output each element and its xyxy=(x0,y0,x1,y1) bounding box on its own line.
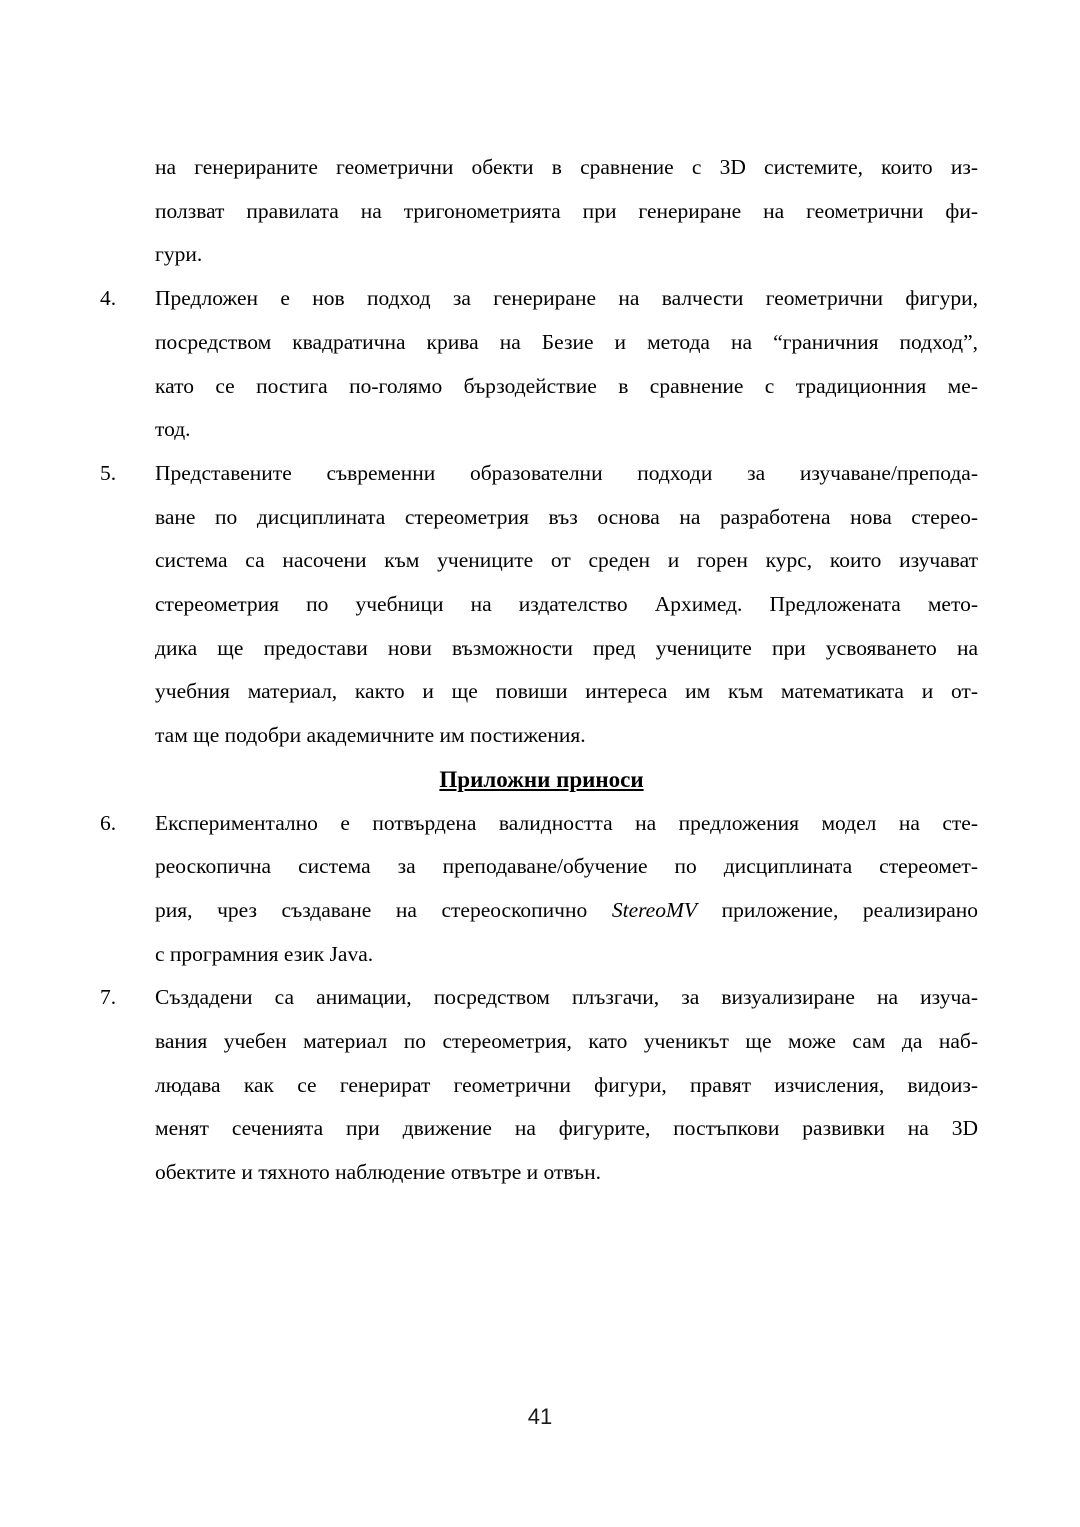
text-line: менят сеченията при движение на фигурите… xyxy=(155,1107,978,1151)
text-line: тод. xyxy=(155,408,978,452)
text-line: реоскопична система за преподаване/обуче… xyxy=(155,845,978,889)
text-line: гури. xyxy=(155,233,978,277)
text-line: Представените съвременни образователни п… xyxy=(155,452,978,496)
page-content: на генерираните геометрични обекти в сра… xyxy=(155,146,978,1195)
text-line: дика ще предостави нови възможности пред… xyxy=(155,627,978,671)
text-line: рия, чрез създаване на стереоскопично St… xyxy=(155,889,978,933)
document-page: на генерираните геометрични обекти в сра… xyxy=(0,0,1080,1527)
text-line: Създадени са анимации, посредством плъзг… xyxy=(155,976,978,1020)
numbered-item-4: 4.Предложен е нов подход за генериране н… xyxy=(155,277,978,452)
text-line: обектите и тяхното наблюдение отвътре и … xyxy=(155,1151,978,1195)
text-line: ползват правилата на тригонометрията при… xyxy=(155,190,978,234)
text-line: людава как се генерират геометрични фигу… xyxy=(155,1064,978,1108)
item-number: 6. xyxy=(100,802,116,846)
item-number: 4. xyxy=(100,277,116,321)
text-line: там ще подобри академичните им постижени… xyxy=(155,714,978,758)
text-line: ване по дисциплината стереометрия въз ос… xyxy=(155,496,978,540)
text-line: система са насочени към учениците от сре… xyxy=(155,539,978,583)
section-heading: Приложни приноси xyxy=(105,758,978,802)
page-number: 41 xyxy=(0,1404,1080,1430)
continuation-paragraph: на генерираните геометрични обекти в сра… xyxy=(155,146,978,277)
text-line: на генерираните геометрични обекти в сра… xyxy=(155,146,978,190)
numbered-item-7: 7.Създадени са анимации, посредством плъ… xyxy=(155,976,978,1195)
item-number: 7. xyxy=(100,976,116,1020)
text-line: Предложен е нов подход за генериране на … xyxy=(155,277,978,321)
text-line: стереометрия по учебници на издателство … xyxy=(155,583,978,627)
numbered-item-6: 6.Експериментално е потвърдена валидност… xyxy=(155,802,978,977)
text-line: учебния материал, както и ще повиши инте… xyxy=(155,670,978,714)
text-line: Експериментално е потвърдена валидността… xyxy=(155,802,978,846)
text-line: посредством квадратична крива на Безие и… xyxy=(155,321,978,365)
text-line: вания учебен материал по стереометрия, к… xyxy=(155,1020,978,1064)
text-line: с програмния език Java. xyxy=(155,933,978,977)
numbered-item-5: 5.Представените съвременни образователни… xyxy=(155,452,978,758)
text-line: като се постига по-голямо бързодействие … xyxy=(155,365,978,409)
italic-term: StereoMV xyxy=(612,898,697,922)
item-number: 5. xyxy=(100,452,116,496)
